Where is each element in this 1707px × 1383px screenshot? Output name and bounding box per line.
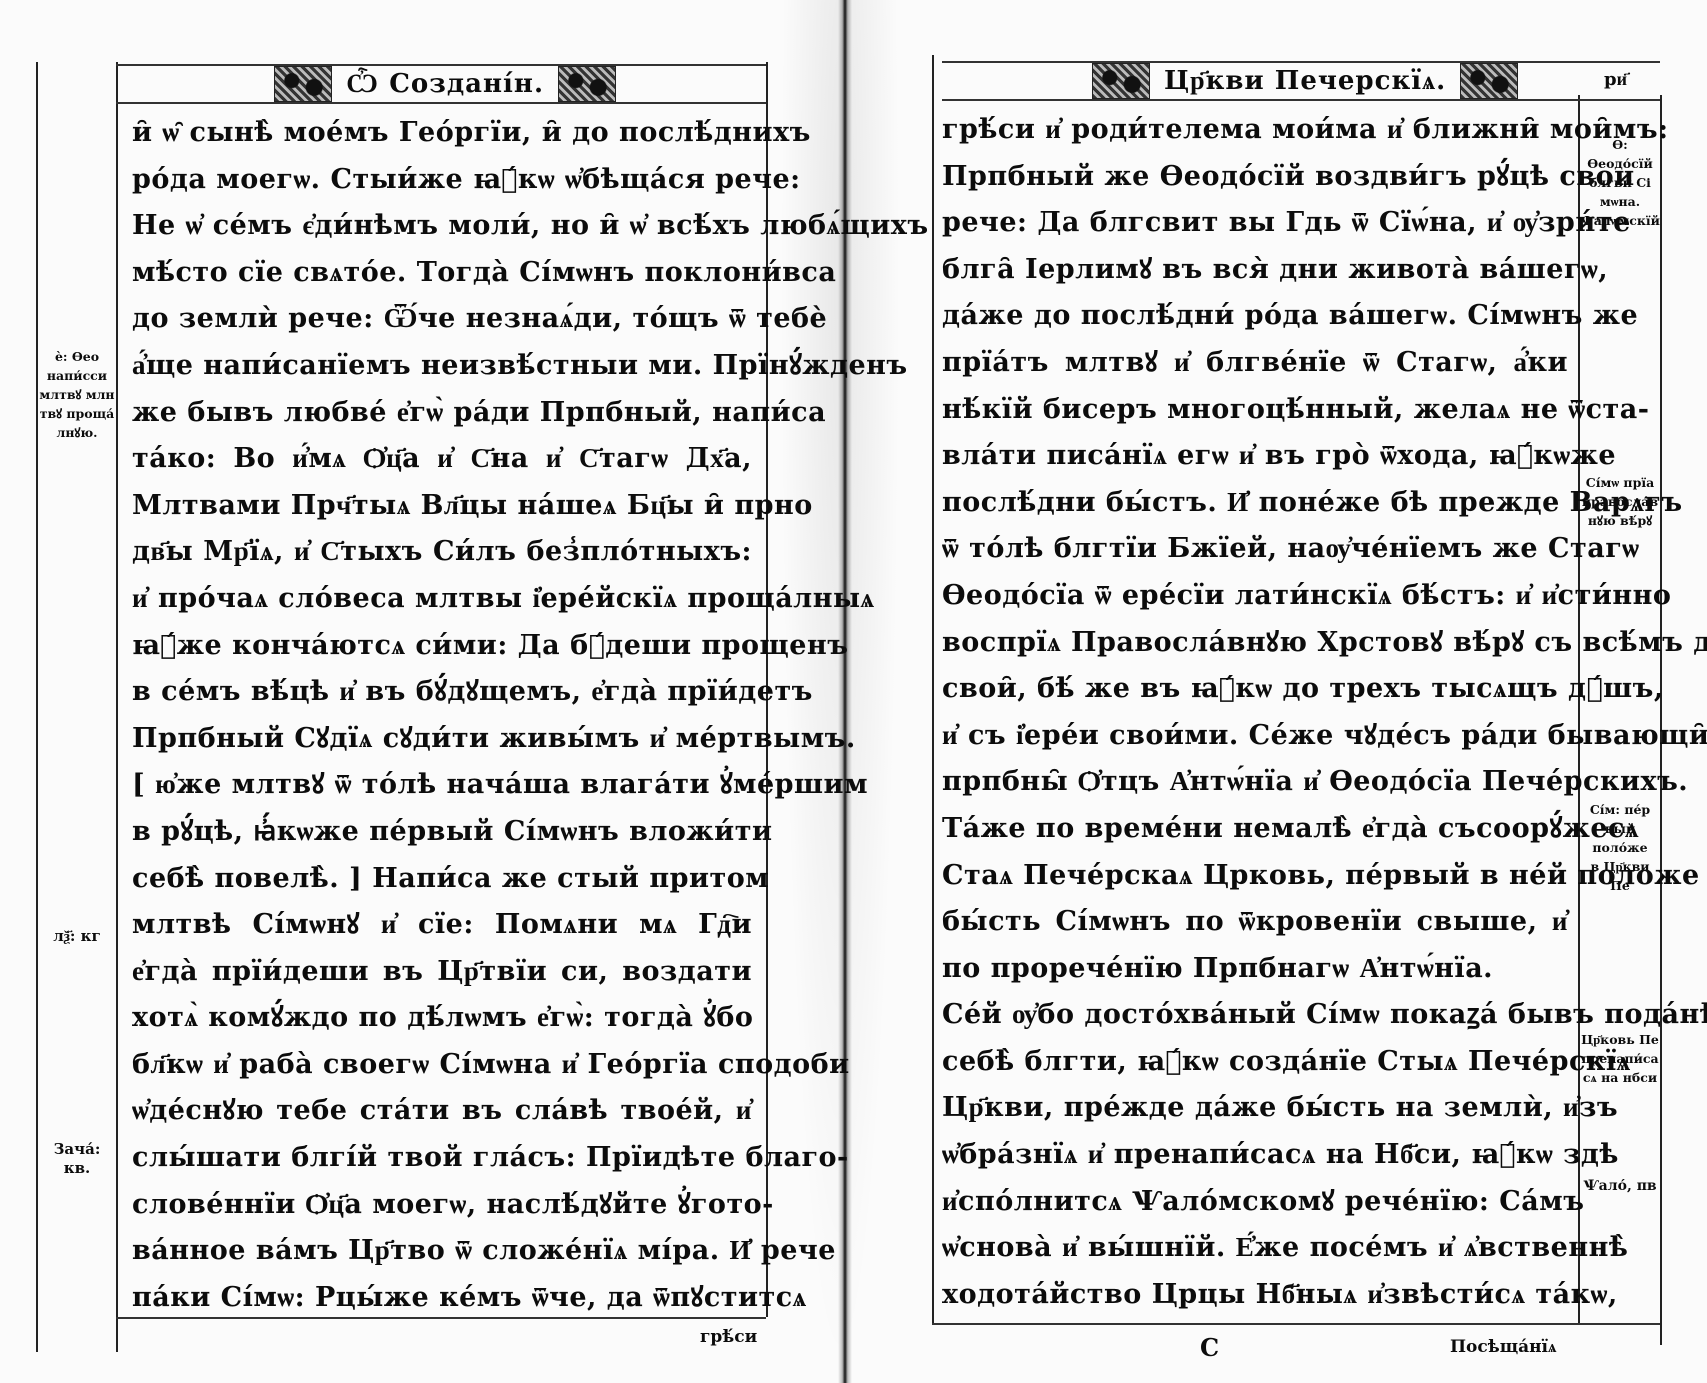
text-line: Цр҃кви, пре́жде да́же бы́сть на землѝ, и… (942, 1085, 1568, 1132)
text-line: ва́нное ва́мъ Цр҃тво ѿ сложе́нїѧ мі́ра. … (132, 1228, 752, 1275)
text-line: воспрїѧ Правосла́внꙋю Хрстовꙋ вѣ́рꙋ съ в… (942, 620, 1568, 667)
signature-mark: С (1200, 1333, 1219, 1362)
left-margin-notes: ѐ: Ѳео напи́сси млтвꙋ млн твꙋ проща́ лнꙋ… (38, 62, 116, 1352)
text-line: Млтвами Прч҃тыѧ Вл҃цы на́шеѧ Бц҃ы и̑ прн… (132, 483, 752, 530)
book-spread: Ѽ Создані́н. ѐ: Ѳео напи́сси млтвꙋ млн т… (0, 0, 1707, 1383)
margin-note: Ѳ: Ѳеодо́сїй блгви́ Сі мѡна. Ѱалѡмскїй (1580, 135, 1660, 230)
text-line: е҆гда̀ прїи́деши въ Цр҃твїи си, воздати (132, 949, 752, 996)
margin-note: Зача́: кв. (38, 1140, 116, 1178)
text-line: бл҃кѡ и҆ раба̀ своегѡ Сі́мѡна и҆ Гео́ргї… (132, 1042, 752, 1089)
text-line: Прпбный Сꙋдїѧ сꙋди́ти живы́мъ и҆ ме́ртвы… (132, 716, 752, 763)
margin-note: лѯ҃: кг (38, 927, 116, 946)
right-catchword: Посѣща́нїѧ (1450, 1337, 1557, 1357)
text-line: до землѝ рече: Ѿ́че незнаѧ́ди, то́щъ ѿ т… (132, 296, 752, 343)
ornament-icon (1092, 63, 1150, 99)
margin-note: Ѱало́, пв (1580, 1177, 1660, 1196)
left-body-text: и̑ ѡ̑ сынѣ̀ мое́мъ Гео́ргїи, и̑ до послѣ… (132, 110, 752, 1321)
text-line: в рꙋ́цѣ, ꙗ҆́кѡже пе́рвый Сі́мѡнъ вложи́т… (132, 809, 752, 856)
text-line: и̑ ѡ̑ сынѣ̀ мое́мъ Гео́ргїи, и̑ до послѣ… (132, 110, 752, 157)
text-line: ѡ҆бра́знїѧ и҆ пренапи́сасѧ на Нб҃си, ꙗ҆́… (942, 1132, 1568, 1179)
text-line: Стаѧ Пече́рскаѧ Црковь, пе́рвый в не́й п… (942, 853, 1568, 900)
text-line: Прпбный же Ѳеодо́сїй воздви́гъ рꙋ́цѣ сво… (942, 154, 1568, 201)
margin-note: ѐ: Ѳео напи́сси млтвꙋ млн твꙋ проща́ лнꙋ… (38, 347, 116, 442)
text-line: ѿ то́лѣ блгтїи Бжїей, наѹ҆че́нїемъ же Ст… (942, 526, 1568, 573)
right-body-text: грѣ́си и҆ роди́телема мои́ма и҆ ближни̑ … (942, 107, 1568, 1318)
left-header-bottom-rule (116, 102, 766, 104)
text-line: ѡ҆де́снꙋю тебе ста́ти въ сла́вѣ твое́й, … (132, 1088, 752, 1135)
ornament-icon (1460, 63, 1518, 99)
text-line: прїа́тъ млтвꙋ и҆ блгве́нїе ѿ Стагѡ, а҆́к… (942, 340, 1568, 387)
text-line: млтвѣ Сі́мѡнꙋ и҆ сїе: Помѧни мѧ Гд҇и (132, 902, 752, 949)
right-margin-notes: Ѳ: Ѳеодо́сїй блгви́ Сі мѡна. Ѱалѡмскїй С… (1580, 55, 1660, 1345)
text-line: слове́ннїи Ѻ҆ц҃а моегѡ, наслѣ́дꙋйте ꙋ҆го… (132, 1182, 752, 1229)
text-line: ро́да моегѡ. Стыи́же ꙗ҆́кѡ ѡ҆бѣща́ся реч… (132, 157, 752, 204)
text-line: ѡ҆снова̀ и҆ вы́шнїй. Е҆́же посе́мъ и҆ ѧ҆… (942, 1225, 1568, 1272)
text-line: же бывъ любве́ е҆гѡ̀ ра́ди Прпбный, напи… (132, 390, 752, 437)
book-gutter (838, 0, 852, 1383)
margin-note: Сі́м: пе́р вый поло́же в Цр҃кви Пе (1580, 800, 1660, 895)
text-line: Та́же по време́ни немалѣ̀ е҆гда̀ съсоорꙋ… (942, 806, 1568, 853)
text-line: и҆ про́чаѧ сло́веса млтвы і҆ере́йскїѧ пр… (132, 576, 752, 623)
text-line: па́ки Сі́мѡ: Рцы́же ке́мъ ѿче, да ѿпꙋсти… (132, 1275, 752, 1322)
text-line: и҆спо́лнитсѧ Ѱало́мскомꙋ рече́нїю: Са́мъ (942, 1179, 1568, 1226)
text-line: Ѳеодо́сїа ѿ ере́сїи лати́нскїѧ бѣ́стъ: и… (942, 573, 1568, 620)
text-line: свои̑, бѣ́ же въ ꙗ҆́кѡ до трехъ тысѧщъ д… (942, 666, 1568, 713)
text-line: нѣ́кїй бисеръ многоцѣ́нный, желаѧ не ѿст… (942, 387, 1568, 434)
margin-note: Цр҃ковь Пе пренапи́са сѧ на нбси (1580, 1030, 1660, 1087)
left-page: Ѽ Создані́н. ѐ: Ѳео напи́сси млтвꙋ млн т… (36, 62, 768, 1352)
right-footer-rule (932, 1323, 1660, 1325)
left-margin-column-rule (116, 62, 118, 1352)
right-header-title: Цр҃кви Печерскїѧ. (1164, 66, 1446, 96)
text-line: грѣ́си и҆ роди́телема мои́ма и҆ ближни̑ … (942, 107, 1568, 154)
text-line: та́ко: Во и҆́мѧ Ѻ҆ц҃а и҆ С҃на и҆ С҃тагѡ … (132, 436, 752, 483)
left-catchword: грѣ́си (700, 1327, 757, 1347)
right-page: Цр҃кви Печерскїѧ. ри҃ грѣ́си и҆ роди́тел… (932, 55, 1662, 1345)
text-line: послѣ́дни бы́стъ. И҆ поне́же бѣ прежде В… (942, 480, 1568, 527)
text-line: мѣ́сто сїе свѧто́е. Тогда̀ Сі́мѡнъ покло… (132, 250, 752, 297)
right-running-head: Цр҃кви Печерскїѧ. (1092, 63, 1518, 99)
text-line: вла́ти писа́нїѧ егѡ и҆ въ гро̀ ѿхода, ꙗ҆… (942, 433, 1568, 480)
text-line: а҆́ще напи́санїемъ неизвѣ́стныи ми. Прїн… (132, 343, 752, 390)
margin-note: Сі́мѡ прїа правосла́в нꙋю вѣ́рꙋ (1580, 473, 1660, 530)
right-page-inner-rule (932, 55, 934, 1323)
left-running-head: Ѽ Создані́н. (274, 66, 616, 102)
text-line: блга̑ Іерлимꙋ въ вся̀ дни живота̀ ва́шег… (942, 247, 1568, 294)
text-line: в се́мъ вѣ́цѣ и҆ въ бꙋ́дꙋщемъ, е҆гда̀ пр… (132, 669, 752, 716)
text-line: Се́й ѹ҆бо досто́хва́ный Сі́мѡ покаꙁа́ бы… (942, 992, 1568, 1039)
text-line: бы́сть Сі́мѡнъ по ѿкровенїи свыше, и҆ (942, 899, 1568, 946)
left-header-title: Ѽ Создані́н. (346, 69, 544, 99)
ornament-icon (558, 66, 616, 102)
ornament-icon (274, 66, 332, 102)
text-line: Не ѡ҆ се́мъ є҆ди́нѣмъ моли́, но и̑ ѡ҆ вс… (132, 203, 752, 250)
text-line: прпбны̑ Ѻ҆тцъ А҆нтѡ́нїа и҆ Ѳеодо́сїа Печ… (942, 759, 1568, 806)
text-line: и҆ съ і҆ере́и свои́ми. Се́же чꙋде́съ ра́… (942, 713, 1568, 760)
text-line: ходота́йство Црцы Нб҃ныѧ и҆звѣсти́сѧ та́… (942, 1272, 1568, 1319)
text-line: да́же до послѣ́дни́ ро́да ва́шегѡ. Сі́мѡ… (942, 293, 1568, 340)
text-line: себѣ̀ повелѣ̀. ] Напи́са же стый притом (132, 856, 752, 903)
text-line: рече: Да блгсвит вы Гдь ѿ Сїѡ́на, и҆ ѹ҆з… (942, 200, 1568, 247)
text-line: себѣ̀ блгти, ꙗ҆́кѡ созда́нїе Стыѧ Пече́р… (942, 1039, 1568, 1086)
text-line: по прорече́нїю Прпбнагѡ А҆нтѡ́нїа. (942, 946, 1568, 993)
right-header-bottom-rule (942, 99, 1660, 101)
text-line: хотѧ̀ комꙋ́ждо по дѣ́лѡмъ е҆гѡ̀: тогда̀ … (132, 995, 752, 1042)
text-line: слы́шати блгі́й твой гла́съ: Прїидѣте бл… (132, 1135, 752, 1182)
text-line: дв҃ы Мр҃їѧ, и҆ С҃тыхъ Си́лъ без̾пло́тных… (132, 529, 752, 576)
text-line: ꙗ҆́же конча́ютсѧ си́ми: Да бꙋ́деши проще… (132, 623, 752, 670)
text-line: [ ю҆же млтвꙋ ѿ то́лѣ нача́ша влага́ти ꙋ҆… (132, 762, 752, 809)
